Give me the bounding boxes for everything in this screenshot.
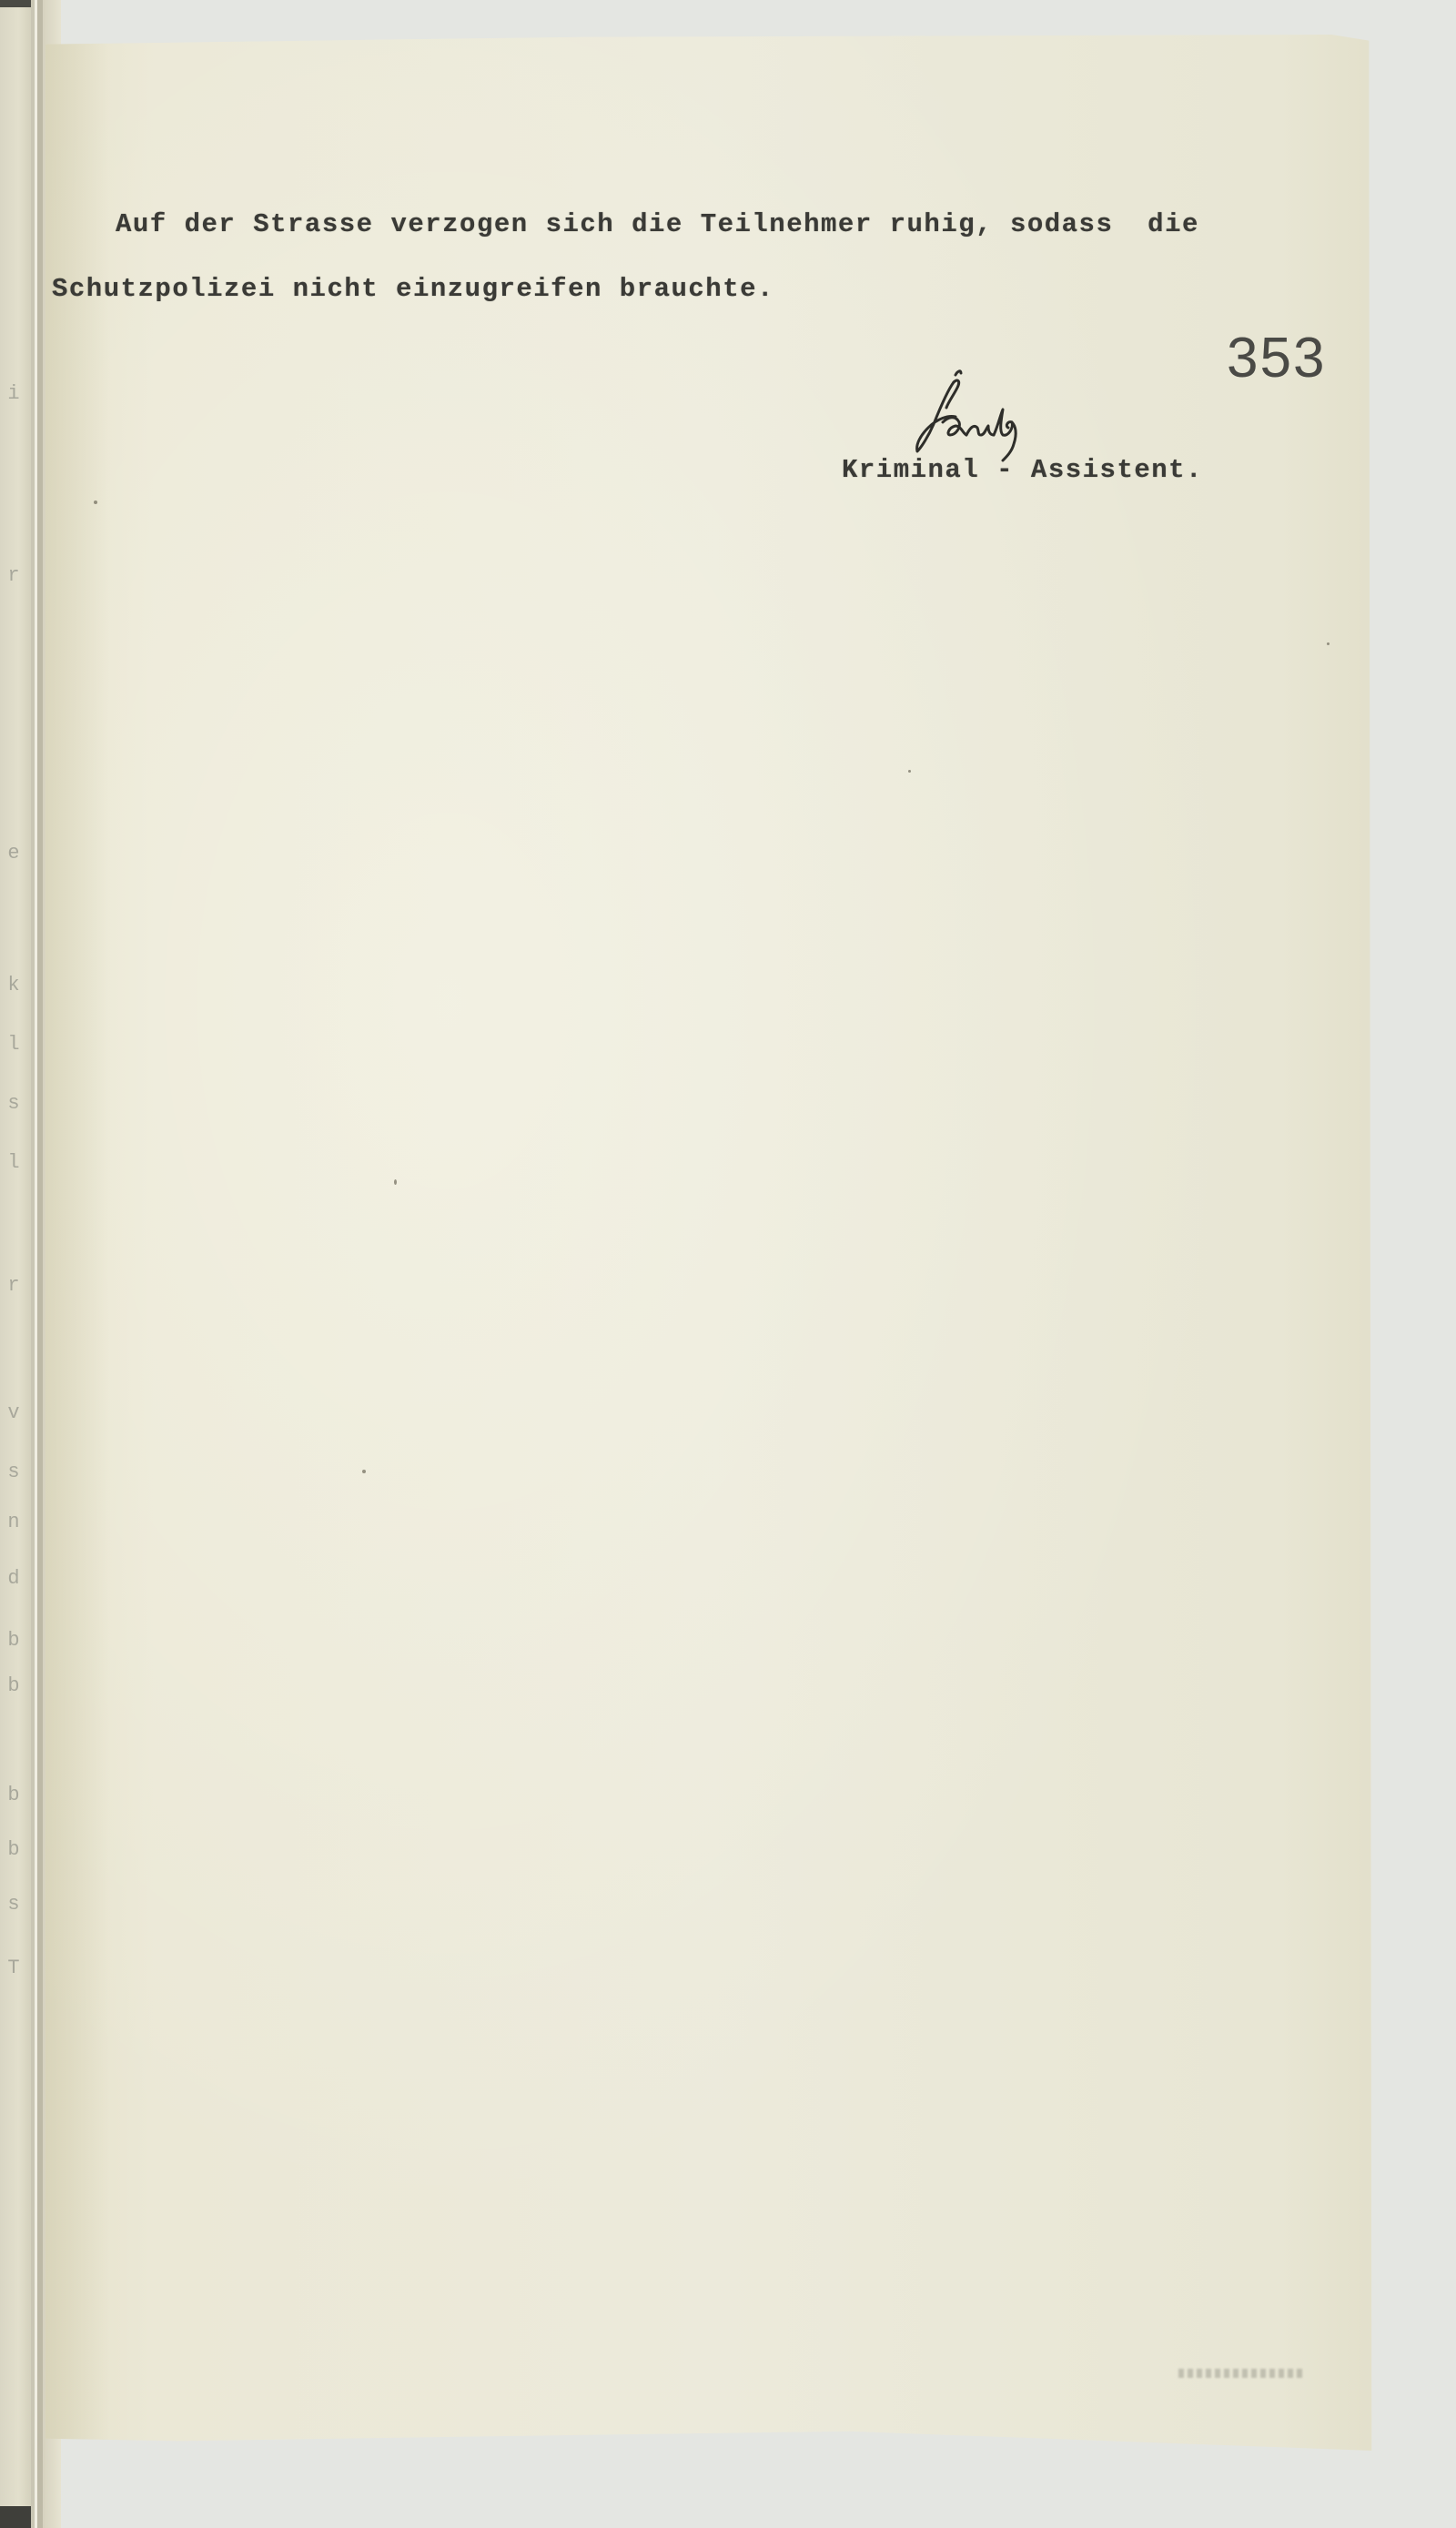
- ghost-char: b: [4, 1838, 24, 1861]
- ghost-char: e: [4, 842, 24, 865]
- ghost-char: v: [4, 1401, 24, 1424]
- ghost-char: l: [4, 1033, 24, 1056]
- scan-shadow-top: [0, 0, 31, 7]
- previous-page-edge: i r e k l s l r v s n d b b b b s T: [0, 0, 31, 2528]
- ghost-char: b: [4, 1629, 24, 1652]
- ghost-char: k: [4, 974, 24, 996]
- ghost-char: r: [4, 1274, 24, 1297]
- page-fold-shadow: [45, 35, 109, 2451]
- ghost-char: i: [4, 382, 24, 405]
- scan-shadow-bottom: [0, 2506, 33, 2528]
- ghost-char: T: [4, 1957, 24, 1979]
- ghost-char: s: [4, 1092, 24, 1115]
- ghost-char: l: [4, 1151, 24, 1174]
- ghost-char: d: [4, 1567, 24, 1590]
- ghost-char: n: [4, 1511, 24, 1533]
- paper-speck: [362, 1470, 366, 1473]
- document-page: Auf der Strasse verzogen sich die Teilne…: [45, 35, 1385, 2451]
- paper-speck: [94, 501, 97, 504]
- paper-speck: [394, 1179, 397, 1185]
- ghost-char: s: [4, 1893, 24, 1916]
- faint-archive-stamp: [1178, 2369, 1306, 2378]
- folio-number: 353: [1227, 326, 1326, 390]
- ghost-char: s: [4, 1461, 24, 1483]
- paper-speck: [908, 770, 911, 773]
- ghost-char: r: [4, 564, 24, 587]
- paper-speck: [1327, 642, 1330, 645]
- ghost-char: b: [4, 1674, 24, 1697]
- typed-body-line-1: Auf der Strasse verzogen sich die Teilne…: [116, 209, 1199, 239]
- ghost-char: b: [4, 1784, 24, 1806]
- signatory-title: Kriminal - Assistent.: [842, 455, 1203, 485]
- typed-body-line-2: Schutzpolizei nicht einzugreifen braucht…: [52, 274, 774, 304]
